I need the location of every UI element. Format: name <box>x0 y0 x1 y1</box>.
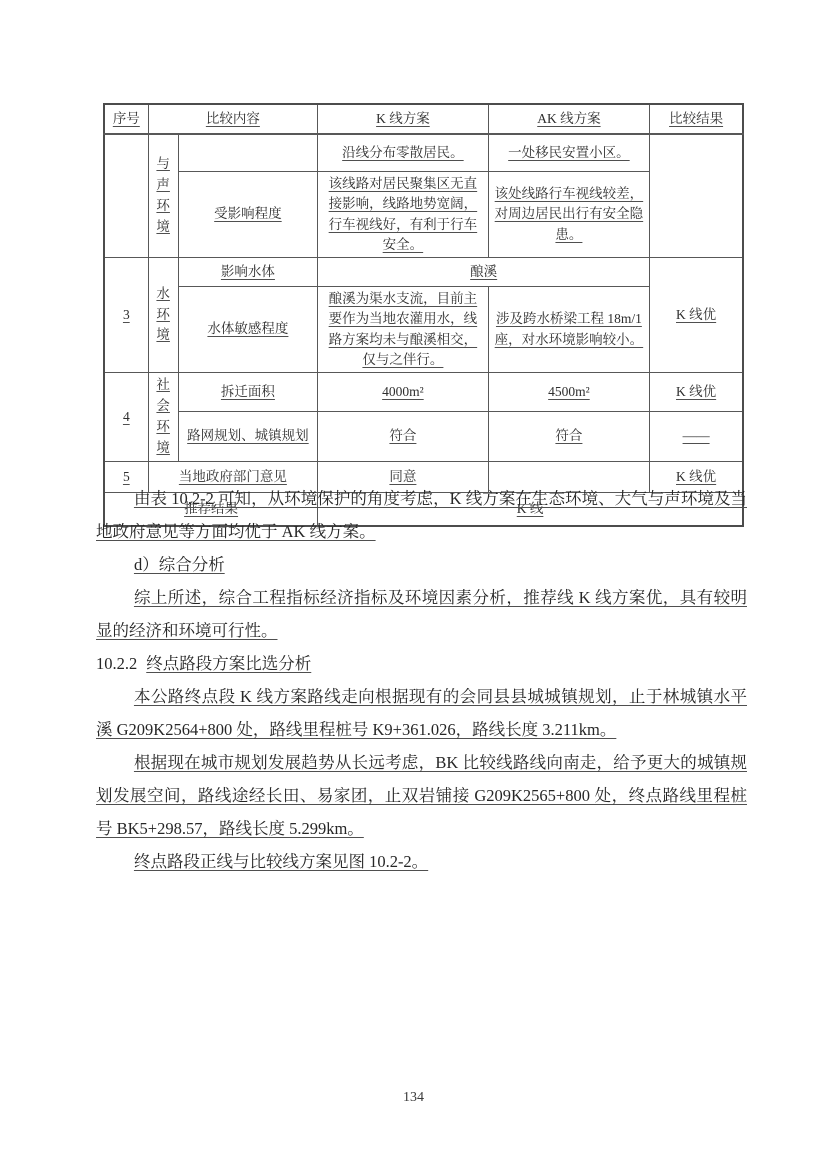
noise-row-2: 受影响程度 该线路对居民聚集区无直接影响，线路地势宽阔，行车视线好，有利于行车安… <box>104 172 743 258</box>
noise-no-cell <box>104 134 148 258</box>
noise-row-1: 与声环境 沿线分布零散居民。 一处移民安置小区。 <box>104 134 743 172</box>
social-row1-ak-cell: 4500m² <box>488 373 650 412</box>
water-no: 3 <box>123 307 130 322</box>
table-header-row: 序号 比较内容 K 线方案 AK 线方案 比较结果 <box>104 104 743 134</box>
noise-row1-ak-cell: 一处移民安置小区。 <box>488 134 650 172</box>
social-row1-k-value: 4000m² <box>382 384 424 399</box>
social-row1-label-cell: 拆迁面积 <box>178 373 317 412</box>
water-row2-k-value: 酿溪为渠水支流，目前主要作为当地农灌用水，线路方案均未与酿溪相交，仅与之伴行。 <box>329 291 478 367</box>
social-row2-ak-cell: 符合 <box>488 411 650 461</box>
header-k-plan: K 线方案 <box>318 104 489 134</box>
header-ak-plan: AK 线方案 <box>488 104 650 134</box>
water-no-cell: 3 <box>104 258 148 373</box>
paragraph-bk-line-endpoint-text: 根据现在城市规划发展趋势从长远考虑，BK 比较线路线向南走，给予更大的城镇规划发… <box>96 753 747 838</box>
noise-row2-label-cell: 受影响程度 <box>178 172 317 258</box>
subheading-d-comprehensive-analysis: d）综合分析 <box>96 548 747 581</box>
noise-row1-label-cell <box>178 134 317 172</box>
social-row1-result-cell: K 线优 <box>650 373 743 412</box>
header-result: 比较结果 <box>650 104 743 134</box>
header-result-label: 比较结果 <box>669 111 723 126</box>
social-row2-result-cell: —— <box>650 411 743 461</box>
social-row1-result: K 线优 <box>676 384 716 399</box>
header-no-label: 序号 <box>113 111 140 126</box>
noise-row2-ak-value: 该处线路行车视线较差，对周边居民出行有安全隐患。 <box>495 186 644 242</box>
route-comparison-table: 序号 比较内容 K 线方案 AK 线方案 比较结果 与声环境 沿线分布零散居民。… <box>103 103 744 527</box>
water-row2-label: 水体敏感程度 <box>207 321 288 336</box>
section-heading-10-2-2: 10.2.2终点路段方案比选分析 <box>96 647 747 680</box>
water-row1-label-cell: 影响水体 <box>178 258 317 287</box>
water-result-value: K 线优 <box>676 307 716 322</box>
header-content-label: 比较内容 <box>206 111 260 126</box>
noise-group-cell: 与声环境 <box>148 134 178 258</box>
social-row2-k-value: 符合 <box>389 428 416 443</box>
header-content: 比较内容 <box>148 104 318 134</box>
page-number: 134 <box>0 1090 827 1106</box>
paragraph-figure-reference-text: 终点路段正线与比较线方案见图 10.2-2。 <box>134 852 428 871</box>
noise-row2-k-cell: 该线路对居民聚集区无直接影响，线路地势宽阔，行车视线好，有利于行车安全。 <box>318 172 489 258</box>
paragraph-comprehensive-conclusion: 综上所述，综合工程指标经济指标及环境因素分析，推荐线 K 线方案优，具有较明显的… <box>96 581 747 647</box>
subheading-d-text: d）综合分析 <box>134 555 225 574</box>
noise-row2-ak-cell: 该处线路行车视线较差，对周边居民出行有安全隐患。 <box>488 172 650 258</box>
noise-row2-label: 受影响程度 <box>214 206 282 221</box>
social-row2-result: —— <box>683 428 710 443</box>
social-row-1: 4 社会环境 拆迁面积 4000m² 4500m² K 线优 <box>104 373 743 412</box>
water-row2-label-cell: 水体敏感程度 <box>178 287 317 373</box>
water-row2-ak-value: 涉及跨水桥梁工程 18m/1 座，对水环境影响较小。 <box>495 311 644 346</box>
social-row-2: 路网规划、城镇规划 符合 符合 —— <box>104 411 743 461</box>
social-group-label: 社会环境 <box>154 375 173 459</box>
social-no-cell: 4 <box>104 373 148 462</box>
water-row-1: 3 水环境 影响水体 酿溪 K 线优 <box>104 258 743 287</box>
header-ak-plan-label: AK 线方案 <box>537 111 600 126</box>
header-no: 序号 <box>104 104 148 134</box>
paragraph-env-summary-text: 由表 10.2-2 可知，从环境保护的角度考虑，K 线方案在生态环境、大气与声环… <box>96 489 747 541</box>
document-page: 序号 比较内容 K 线方案 AK 线方案 比较结果 与声环境 沿线分布零散居民。… <box>0 0 827 1169</box>
paragraph-bk-line-endpoint: 根据现在城市规划发展趋势从长远考虑，BK 比较线路线向南走，给予更大的城镇规划发… <box>96 746 747 845</box>
paragraph-k-line-endpoint-text: 本公路终点段 K 线方案路线走向根据现有的会同县县城城镇规划，止于林城镇水平溪 … <box>96 687 747 739</box>
paragraph-figure-reference: 终点路段正线与比较线方案见图 10.2-2。 <box>96 845 747 878</box>
water-row1-value-cell: 酿溪 <box>318 258 650 287</box>
noise-row1-ak-value: 一处移民安置小区。 <box>508 145 630 160</box>
social-row2-label: 路网规划、城镇规划 <box>187 428 309 443</box>
water-group-cell: 水环境 <box>148 258 178 373</box>
noise-group-label: 与声环境 <box>154 154 173 238</box>
water-row2-ak-cell: 涉及跨水桥梁工程 18m/1 座，对水环境影响较小。 <box>488 287 650 373</box>
section-heading-title: 终点路段方案比选分析 <box>146 654 311 673</box>
water-result-cell: K 线优 <box>650 258 743 373</box>
paragraph-env-summary: 由表 10.2-2 可知，从环境保护的角度考虑，K 线方案在生态环境、大气与声环… <box>96 482 747 548</box>
noise-row1-k-value: 沿线分布零散居民。 <box>342 145 464 160</box>
water-row1-label: 影响水体 <box>221 264 275 279</box>
body-text: 由表 10.2-2 可知，从环境保护的角度考虑，K 线方案在生态环境、大气与声环… <box>96 482 747 878</box>
noise-result-cell <box>650 134 743 258</box>
noise-row1-k-cell: 沿线分布零散居民。 <box>318 134 489 172</box>
social-row1-label: 拆迁面积 <box>221 384 275 399</box>
social-row2-k-cell: 符合 <box>318 411 489 461</box>
section-heading-number: 10.2.2 <box>96 654 137 673</box>
header-k-plan-label: K 线方案 <box>376 111 430 126</box>
social-row1-ak-value: 4500m² <box>548 384 590 399</box>
social-row2-ak-value: 符合 <box>555 428 582 443</box>
social-row1-k-cell: 4000m² <box>318 373 489 412</box>
comparison-table-wrap: 序号 比较内容 K 线方案 AK 线方案 比较结果 与声环境 沿线分布零散居民。… <box>103 103 744 527</box>
noise-row2-k-value: 该线路对居民聚集区无直接影响，线路地势宽阔，行车视线好，有利于行车安全。 <box>329 176 478 252</box>
water-row2-k-cell: 酿溪为渠水支流，目前主要作为当地农灌用水，线路方案均未与酿溪相交，仅与之伴行。 <box>318 287 489 373</box>
paragraph-k-line-endpoint: 本公路终点段 K 线方案路线走向根据现有的会同县县城城镇规划，止于林城镇水平溪 … <box>96 680 747 746</box>
paragraph-comprehensive-conclusion-text: 综上所述，综合工程指标经济指标及环境因素分析，推荐线 K 线方案优，具有较明显的… <box>96 588 747 640</box>
water-group-label: 水环境 <box>154 284 173 347</box>
social-group-cell: 社会环境 <box>148 373 178 462</box>
social-no: 4 <box>123 409 130 424</box>
social-row2-label-cell: 路网规划、城镇规划 <box>178 411 317 461</box>
water-row1-value: 酿溪 <box>470 264 497 279</box>
water-row-2: 水体敏感程度 酿溪为渠水支流，目前主要作为当地农灌用水，线路方案均未与酿溪相交，… <box>104 287 743 373</box>
